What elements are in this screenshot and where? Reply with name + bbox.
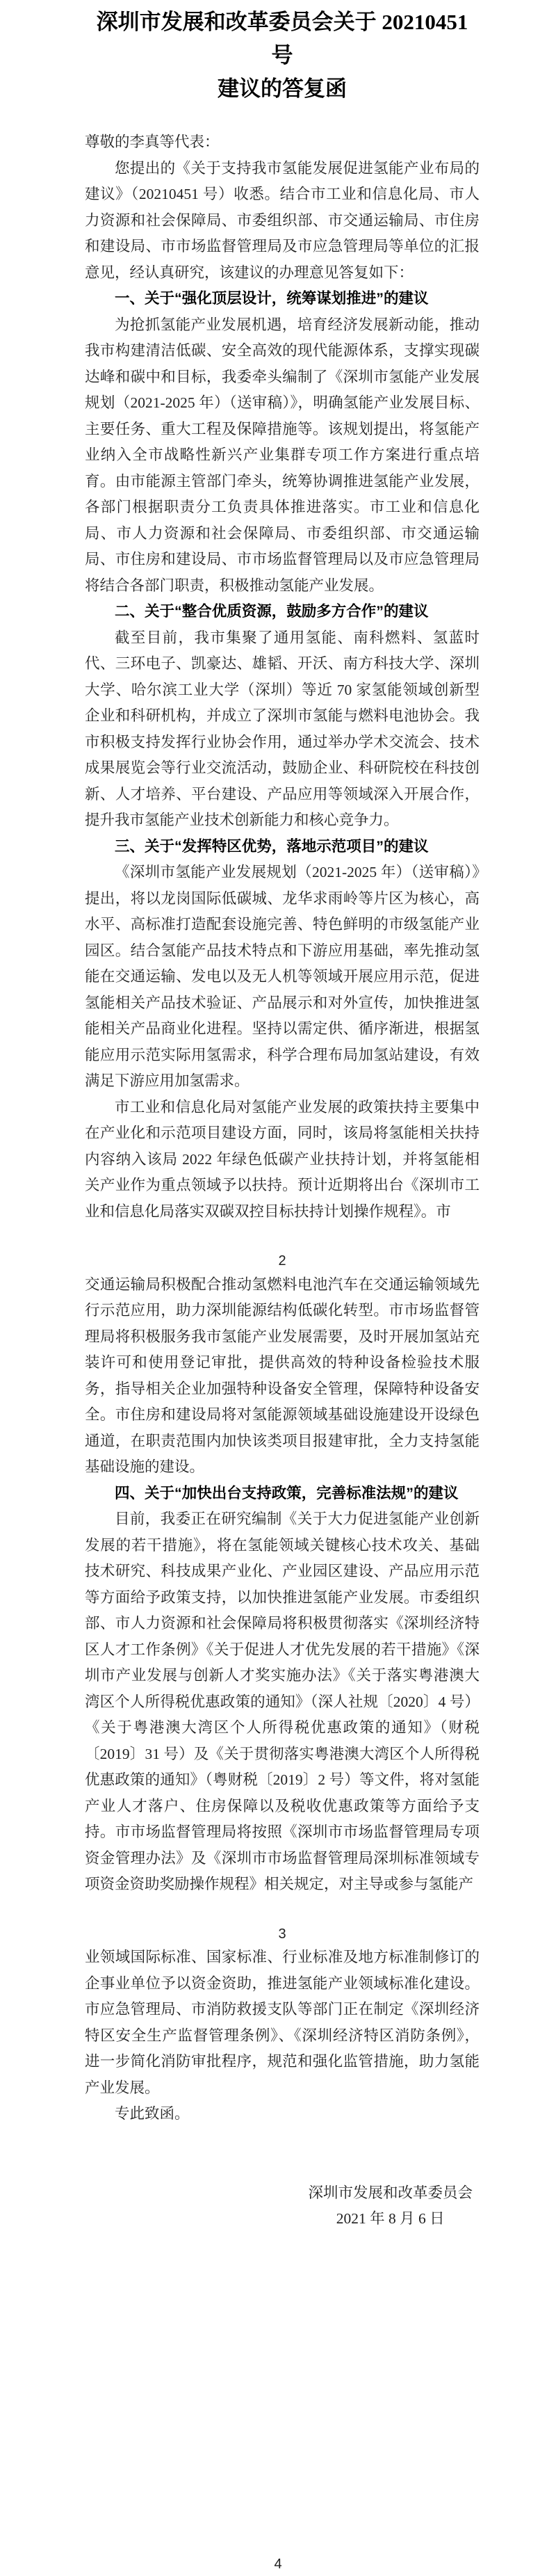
section-heading: 一、关于“强化顶层设计，统筹谋划推进”的建议 [85,286,480,312]
paragraph: 目前，我委正在研究编制《关于大力促进氢能产业创新发展的若干措施》，将在氢能领域关… [85,1506,480,1898]
signature-date: 2021 年 8 月 6 日 [308,2206,473,2232]
section-heading: 四、关于“加快出台支持政策，完善标准法规”的建议 [85,1481,480,1507]
paragraph: 业领域国际标准、国家标准、行业标准及地方标准制修订的企事业单位予以资金资助，推进… [85,1945,480,2101]
footer-page-number: 4 [0,2557,556,2572]
paragraph: 截至目前，我市集聚了通用氢能、南科燃料、氢蓝时代、三环电子、凯豪达、雄韬、开沃、… [85,625,480,834]
title-line-2: 建议的答复函 [85,72,480,106]
paragraph: 市工业和信息化局对氢能产业发展的政策扶持主要集中在产业化和示范项目建设方面，同时… [85,1095,480,1225]
signature-block: 深圳市发展和改革委员会 2021 年 8 月 6 日 [308,2180,473,2232]
page-number: 2 [85,1248,480,1275]
document-page: 深圳市发展和改革委员会关于 20210451 号 建议的答复函 尊敬的李真等代表… [0,0,556,2576]
paragraph: 《深圳市氢能产业发展规划（2021-2025 年）（送审稿）》提出，将以龙岗国际… [85,860,480,1095]
signature-org: 深圳市发展和改革委员会 [308,2180,473,2207]
paragraph: 您提出的《关于支持我市氢能发展促进氢能产业布局的建议》（20210451 号）收… [85,156,480,287]
paragraph: 交通运输局积极配合推动氢燃料电池汽车在交通运输领域先行示范应用，助力深圳能源结构… [85,1272,480,1481]
section-heading: 三、关于“发挥特区优势，落地示范项目”的建议 [85,834,480,860]
paragraph: 专此致函。 [85,2101,480,2127]
document-title: 深圳市发展和改革委员会关于 20210451 号 建议的答复函 [85,6,480,106]
title-line-1: 深圳市发展和改革委员会关于 20210451 号 [85,6,480,72]
paragraph: 为抢抓氢能产业发展机遇，培育经济发展新动能，推动我市构建清洁低碳、安全高效的现代… [85,312,480,599]
page-number: 3 [85,1922,480,1948]
document-body: 您提出的《关于支持我市氢能发展促进氢能产业布局的建议》（20210451 号）收… [85,156,480,2127]
salutation: 尊敬的李真等代表： [85,129,480,156]
section-heading: 二、关于“整合优质资源，鼓励多方合作”的建议 [85,599,480,625]
